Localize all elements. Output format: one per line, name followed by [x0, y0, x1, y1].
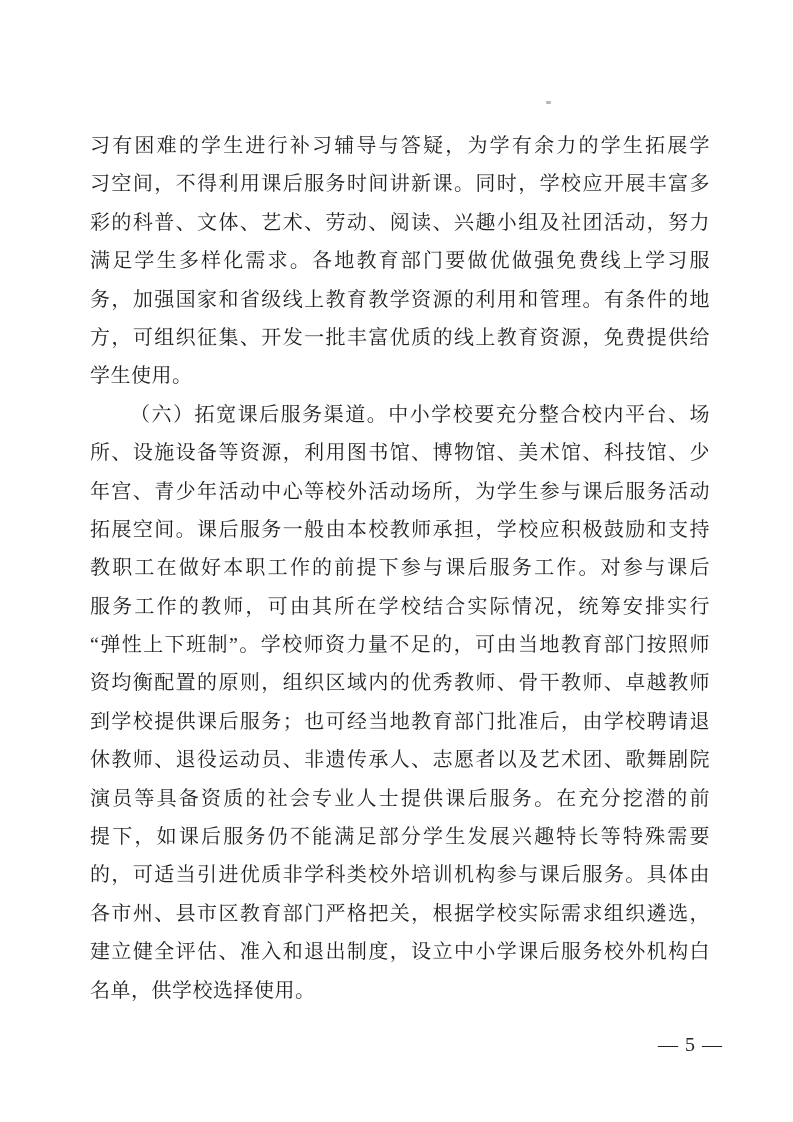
text-line: 建立健全评估、准入和退出制度，设立中小学课后服务校外机构白: [90, 933, 710, 971]
text-line: 名单，供学校选择使用。: [90, 972, 710, 1010]
text-line: 拓展空间。课后服务一般由本校教师承担，学校应积极鼓励和支持: [90, 511, 710, 549]
text-line: 教职工在做好本职工作的前提下参与课后服务工作。对参与课后: [90, 549, 710, 587]
text-line: 提下，如课后服务仍不能满足部分学生发展兴趣特长等特殊需要: [90, 818, 710, 856]
text-block: 习有困难的学生进行补习辅导与答疑，为学有余力的学生拓展学习空间，不得利用课后服务…: [90, 127, 710, 1010]
text-line: 方，可组织征集、开发一批丰富优质的线上教育资源，免费提供给: [90, 319, 710, 357]
text-line: 到学校提供课后服务；也可经当地教育部门批准后，由学校聘请退: [90, 703, 710, 741]
text-line: 满足学生多样化需求。各地教育部门要做优做强免费线上学习服: [90, 242, 710, 280]
text-line: 各市州、县市区教育部门严格把关，根据学校实际需求组织遴选，: [90, 895, 710, 933]
text-line: 学生使用。: [90, 357, 710, 395]
document-page: 习有困难的学生进行补习辅导与答疑，为学有余力的学生拓展学习空间，不得利用课后服务…: [0, 0, 793, 1122]
text-line: 服务工作的教师，可由其所在学校结合实际情况，统筹安排实行: [90, 588, 710, 626]
text-line: 务，加强国家和省级线上教育教学资源的利用和管理。有条件的地: [90, 281, 710, 319]
text-line: 习空间，不得利用课后服务时间讲新课。同时，学校应开展丰富多: [90, 165, 710, 203]
text-line: （六）拓宽课后服务渠道。中小学校要充分整合校内平台、场: [90, 396, 710, 434]
text-line: 演员等具备资质的社会专业人士提供课后服务。在充分挖潜的前: [90, 780, 710, 818]
text-line: 休教师、退役运动员、非遗传承人、志愿者以及艺术团、歌舞剧院: [90, 741, 710, 779]
text-line: 彩的科普、文体、艺术、劳动、阅读、兴趣小组及社团活动，努力: [90, 204, 710, 242]
text-line: 所、设施设备等资源，利用图书馆、博物馆、美术馆、科技馆、少: [90, 434, 710, 472]
text-line: “弹性上下班制”。学校师资力量不足的，可由当地教育部门按照师: [90, 626, 710, 664]
text-line: 习有困难的学生进行补习辅导与答疑，为学有余力的学生拓展学: [90, 127, 710, 165]
scan-speck: [546, 101, 551, 104]
text-line: 年宫、青少年活动中心等校外活动场所，为学生参与课后服务活动: [90, 473, 710, 511]
text-line: 的，可适当引进优质非学科类校外培训机构参与课后服务。具体由: [90, 856, 710, 894]
text-line: 资均衡配置的原则，组织区域内的优秀教师、骨干教师、卓越教师: [90, 664, 710, 702]
paragraph-online-learning-services: 习有困难的学生进行补习辅导与答疑，为学有余力的学生拓展学习空间，不得利用课后服务…: [90, 127, 710, 396]
paragraph-six-expand-service-channels: （六）拓宽课后服务渠道。中小学校要充分整合校内平台、场所、设施设备等资源，利用图…: [90, 396, 710, 1010]
page-number: — 5 —: [658, 1034, 723, 1057]
